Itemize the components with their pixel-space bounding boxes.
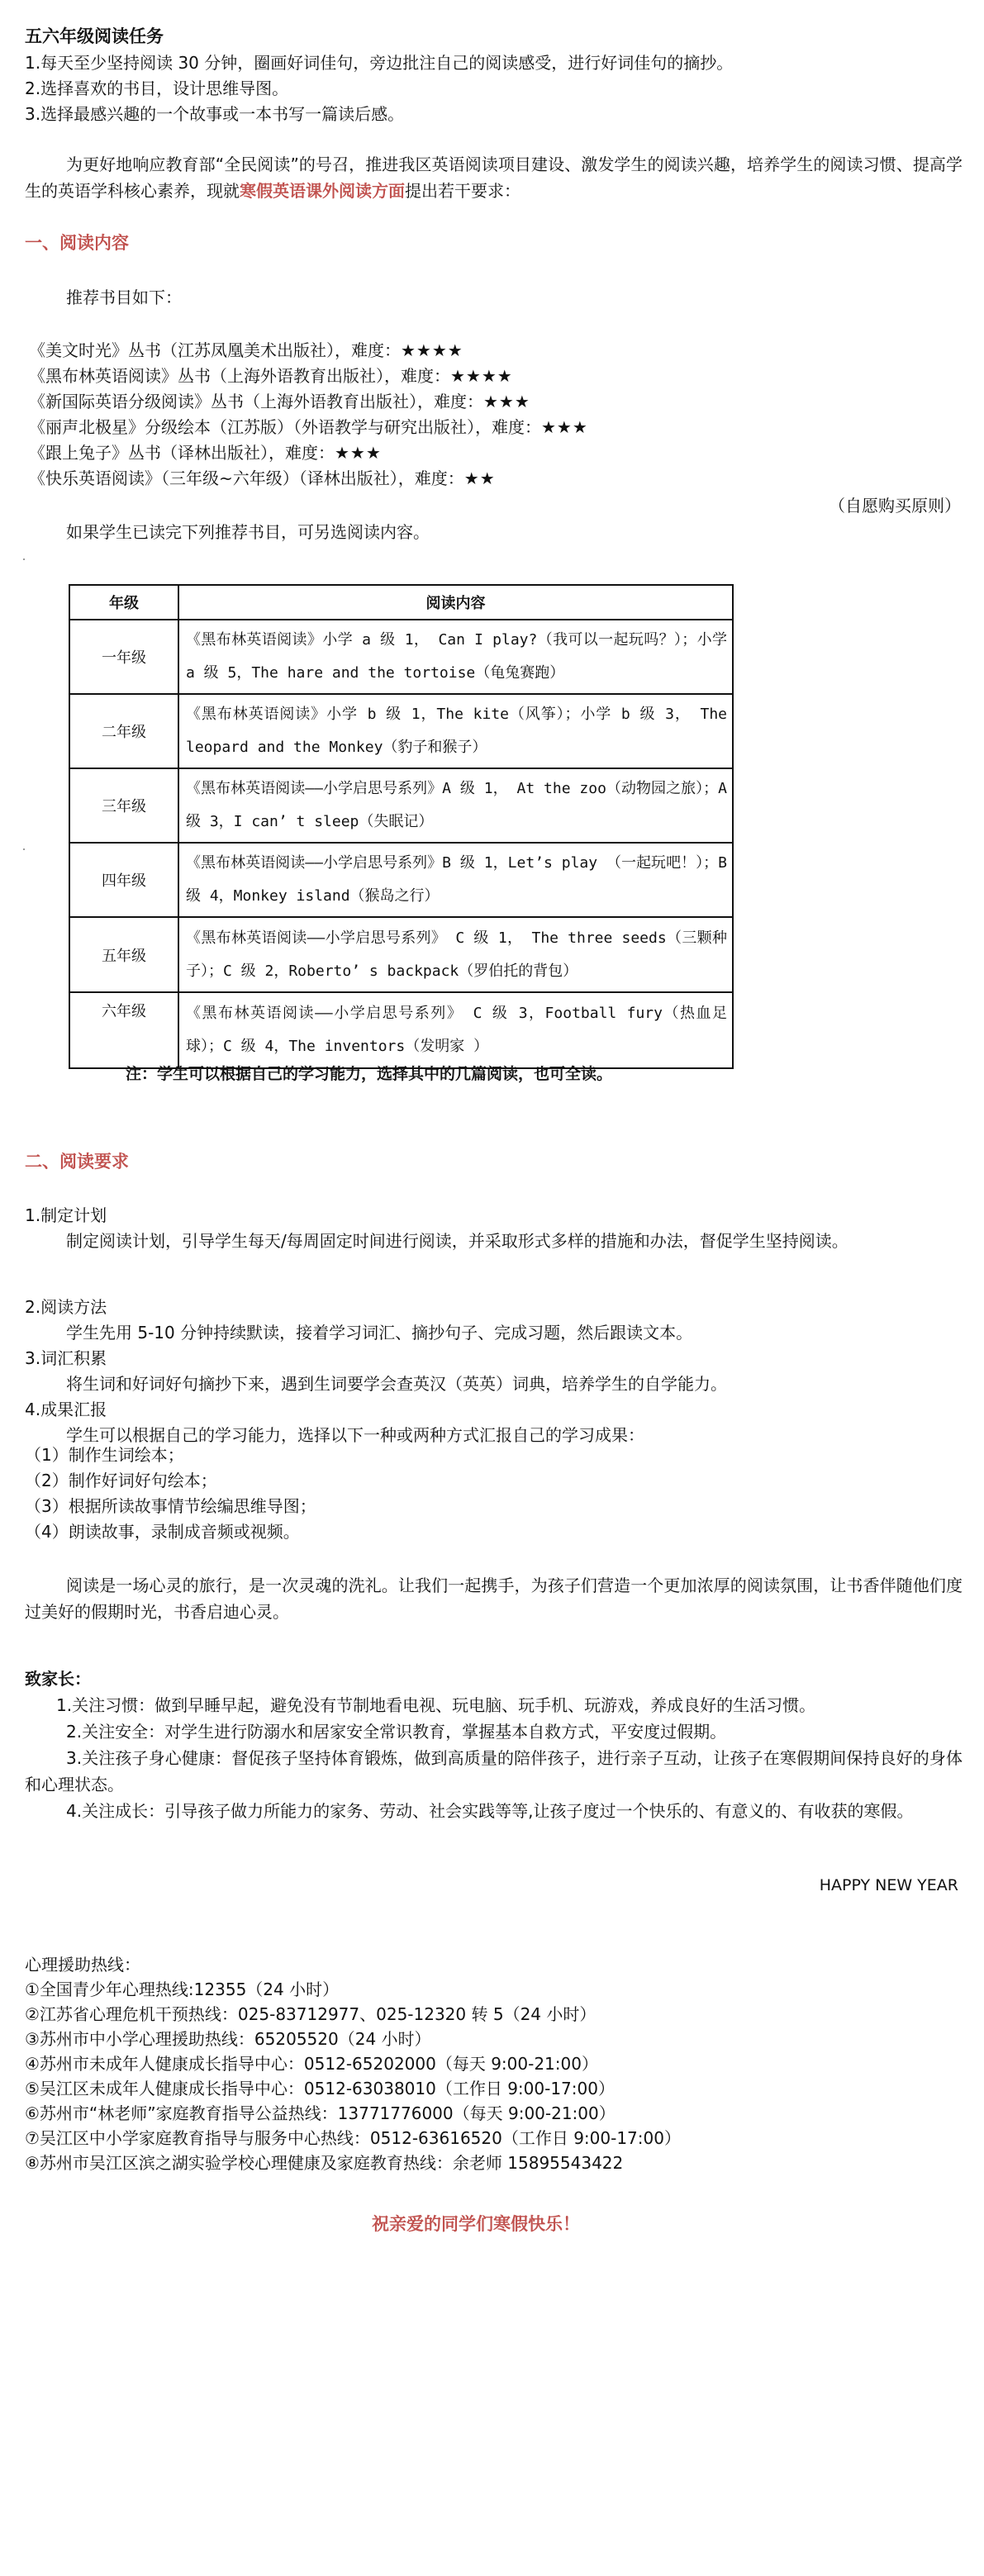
grade-cell: 二年级 xyxy=(69,694,178,768)
intro-paragraph: 为更好地响应教育部“全民阅读”的号召，推进我区英语阅读项目建设、激发学生的阅读兴… xyxy=(25,151,963,204)
requirement-body: 学生先用 5-10 分钟持续默读，接着学习词汇、摘抄句子、完成习题，然后跟读文本… xyxy=(66,1319,692,1346)
content-cell: 《黑布林英语阅读——小学启思号系列》B 级 1，Let’s play （一起玩吧… xyxy=(178,843,733,917)
parents-heading: 致家长： xyxy=(25,1666,91,1692)
report-option: （3）根据所读故事情节绘编思维导图； xyxy=(25,1493,316,1519)
grade-cell: 五年级 xyxy=(69,917,178,992)
recommend-label: 推荐书目如下： xyxy=(66,284,182,311)
content-cell: 《黑布林英语阅读——小学启思号系列》A 级 1， At the zoo（动物园之… xyxy=(178,768,733,843)
parent-advice-item: 2.关注安全：对学生进行防溺水和居家安全常识教育，掌握基本自救方式，平安度过假期… xyxy=(66,1718,726,1745)
column-header-grade: 年级 xyxy=(69,585,178,620)
content-cell: 《黑布林英语阅读——小学启思号系列》 C 级 1， The three seed… xyxy=(178,917,733,992)
intro-highlight: 寒假英语课外阅读方面 xyxy=(240,181,405,201)
intro-text-end: 提出若干要求： xyxy=(405,181,521,201)
table-header-row: 年级 阅读内容 xyxy=(69,585,733,620)
table-row: 六年级 《黑布林英语阅读——小学启思号系列》 C 级 3，Football fu… xyxy=(69,992,733,1068)
hotline-item: ④苏州市未成年人健康成长指导中心：0512-65202000（每天 9:00-2… xyxy=(25,2051,598,2077)
content-cell: 《黑布林英语阅读》小学 a 级 1， Can I play?（我可以一起玩吗？）… xyxy=(178,620,733,694)
task-item: 1.每天至少坚持阅读 30 分钟，圈画好词佳句，旁边批注自己的阅读感受，进行好词… xyxy=(25,50,733,76)
hotline-item: ⑧苏州市吴江区滨之湖实验学校心理健康及家庭教育热线：余老师 1589554342… xyxy=(25,2150,623,2176)
purchase-note: （自愿购买原则） xyxy=(829,492,961,519)
parent-advice-item: 4.关注成长：引导孩子做力所能力的家务、劳动、社会实践等等,让孩子度过一个快乐的… xyxy=(25,1798,963,1824)
book-text: 《跟上兔子》丛书（译林出版社），难度： xyxy=(29,443,335,463)
requirement-body: 将生词和好词好句摘抄下来，遇到生词要学会查英汉（英英）词典，培养学生的自学能力。 xyxy=(66,1371,727,1397)
table-row: 二年级 《黑布林英语阅读》小学 b 级 1，The kite（风筝）；小学 b … xyxy=(69,694,733,768)
grade-cell: 一年级 xyxy=(69,620,178,694)
table-row: 一年级 《黑布林英语阅读》小学 a 级 1， Can I play?（我可以一起… xyxy=(69,620,733,694)
book-item: 《跟上兔子》丛书（译林出版社），难度：★★★ xyxy=(29,440,382,466)
book-item: 《黑布林英语阅读》丛书（上海外语教育出版社），难度：★★★★ xyxy=(29,363,513,389)
book-text: 《美文时光》丛书（江苏凤凰美术出版社），难度： xyxy=(29,340,401,360)
hotline-item: ①全国青少年心理热线:12355（24 小时） xyxy=(25,1976,339,2003)
happy-new-year: HAPPY NEW YEAR xyxy=(820,1872,958,1899)
hotline-item: ⑥苏州市“林老师”家庭教育指导公益热线：13771776000（每天 9:00-… xyxy=(25,2100,616,2127)
report-option: （1）制作生词绘本； xyxy=(25,1442,184,1468)
hotline-item: ⑦吴江区中小学家庭教育指导与服务中心热线：0512-63616520（工作日 9… xyxy=(25,2125,681,2151)
book-item: 《快乐英语阅读》（三年级~六年级）（译林出版社），难度：★★ xyxy=(29,465,496,492)
holiday-greeting: 祝亲爱的同学们寒假快乐！ xyxy=(372,2211,580,2237)
hotline-item: ②江苏省心理危机干预热线：025-83712977、025-12320 转 5（… xyxy=(25,2001,596,2027)
book-item: 《美文时光》丛书（江苏凤凰美术出版社），难度：★★★★ xyxy=(29,337,463,364)
stray-mark xyxy=(23,558,25,560)
table-row: 四年级 《黑布林英语阅读——小学启思号系列》B 级 1，Let’s play （… xyxy=(69,843,733,917)
book-text: 《丽声北极星》分级绘本（江苏版）（外语教学与研究出版社），难度： xyxy=(29,417,541,437)
reading-table: 年级 阅读内容 一年级 《黑布林英语阅读》小学 a 级 1， Can I pla… xyxy=(69,584,734,1069)
requirement-body: 制定阅读计划，引导学生每天/每周固定时间进行阅读，并采取形式多样的措施和办法，督… xyxy=(25,1228,963,1254)
difficulty-stars-icon: ★★★ xyxy=(541,417,588,437)
difficulty-stars-icon: ★★★ xyxy=(483,392,530,411)
difficulty-stars-icon: ★★★★ xyxy=(450,366,513,386)
difficulty-stars-icon: ★★★ xyxy=(335,443,382,463)
report-option: （2）制作好词好句绘本； xyxy=(25,1467,217,1494)
book-item: 《新国际英语分级阅读》丛书（上海外语教育出版社），难度：★★★ xyxy=(29,388,530,415)
table-row: 三年级 《黑布林英语阅读——小学启思号系列》A 级 1， At the zoo（… xyxy=(69,768,733,843)
book-item: 《丽声北极星》分级绘本（江苏版）（外语教学与研究出版社），难度：★★★ xyxy=(29,414,588,440)
hotlines-heading: 心理援助热线： xyxy=(25,1951,140,1978)
section-heading-reading-content: 一、阅读内容 xyxy=(25,230,129,256)
parent-advice-item: 3.关注孩子身心健康：督促孩子坚持体育锻炼，做到高质量的陪伴孩子，进行亲子互动，… xyxy=(25,1745,963,1798)
stray-mark xyxy=(23,848,25,850)
task-item: 2.选择喜欢的书目，设计思维导图。 xyxy=(25,75,288,102)
section-heading-reading-requirements: 二、阅读要求 xyxy=(25,1148,129,1175)
book-text: 《黑布林英语阅读》丛书（上海外语教育出版社），难度： xyxy=(29,366,450,386)
closing-paragraph: 阅读是一场心灵的旅行，是一次灵魂的洗礼。让我们一起携手，为孩子们营造一个更加浓厚… xyxy=(25,1572,963,1625)
requirement-title: 2.阅读方法 xyxy=(25,1294,107,1320)
alternative-note: 如果学生已读完下列推荐书目，可另选阅读内容。 xyxy=(66,519,430,545)
content-cell: 《黑布林英语阅读——小学启思号系列》 C 级 3，Football fury（热… xyxy=(178,992,733,1068)
grade-cell: 四年级 xyxy=(69,843,178,917)
table-note: 注：学生可以根据自己的学习能力，选择其中的几篇阅读，也可全读。 xyxy=(126,1062,612,1086)
report-option: （4）朗读故事，录制成音频或视频。 xyxy=(25,1519,300,1545)
grade-cell: 三年级 xyxy=(69,768,178,843)
parent-advice-item: 1.关注习惯：做到早睡早起，避免没有节制地看电视、玩电脑、玩手机、玩游戏，养成良… xyxy=(56,1692,815,1718)
book-text: 《新国际英语分级阅读》丛书（上海外语教育出版社），难度： xyxy=(29,392,483,411)
task-item: 3.选择最感兴趣的一个故事或一本书写一篇读后感。 xyxy=(25,101,404,127)
hotline-item: ⑤吴江区未成年人健康成长指导中心：0512-63038010（工作日 9:00-… xyxy=(25,2075,615,2102)
document-title: 五六年级阅读任务 xyxy=(25,23,164,50)
book-text: 《快乐英语阅读》（三年级~六年级）（译林出版社），难度： xyxy=(29,468,464,488)
content-cell: 《黑布林英语阅读》小学 b 级 1，The kite（风筝）；小学 b 级 3，… xyxy=(178,694,733,768)
requirement-title: 1.制定计划 xyxy=(25,1202,107,1229)
table-row: 五年级 《黑布林英语阅读——小学启思号系列》 C 级 1， The three … xyxy=(69,917,733,992)
difficulty-stars-icon: ★★ xyxy=(464,468,496,488)
column-header-content: 阅读内容 xyxy=(178,585,733,620)
requirement-title: 3.词汇积累 xyxy=(25,1345,107,1371)
grade-cell: 六年级 xyxy=(69,992,178,1068)
hotline-item: ③苏州市中小学心理援助热线：65205520（24 小时） xyxy=(25,2026,431,2052)
difficulty-stars-icon: ★★★★ xyxy=(401,340,463,360)
requirement-title: 4.成果汇报 xyxy=(25,1396,107,1423)
